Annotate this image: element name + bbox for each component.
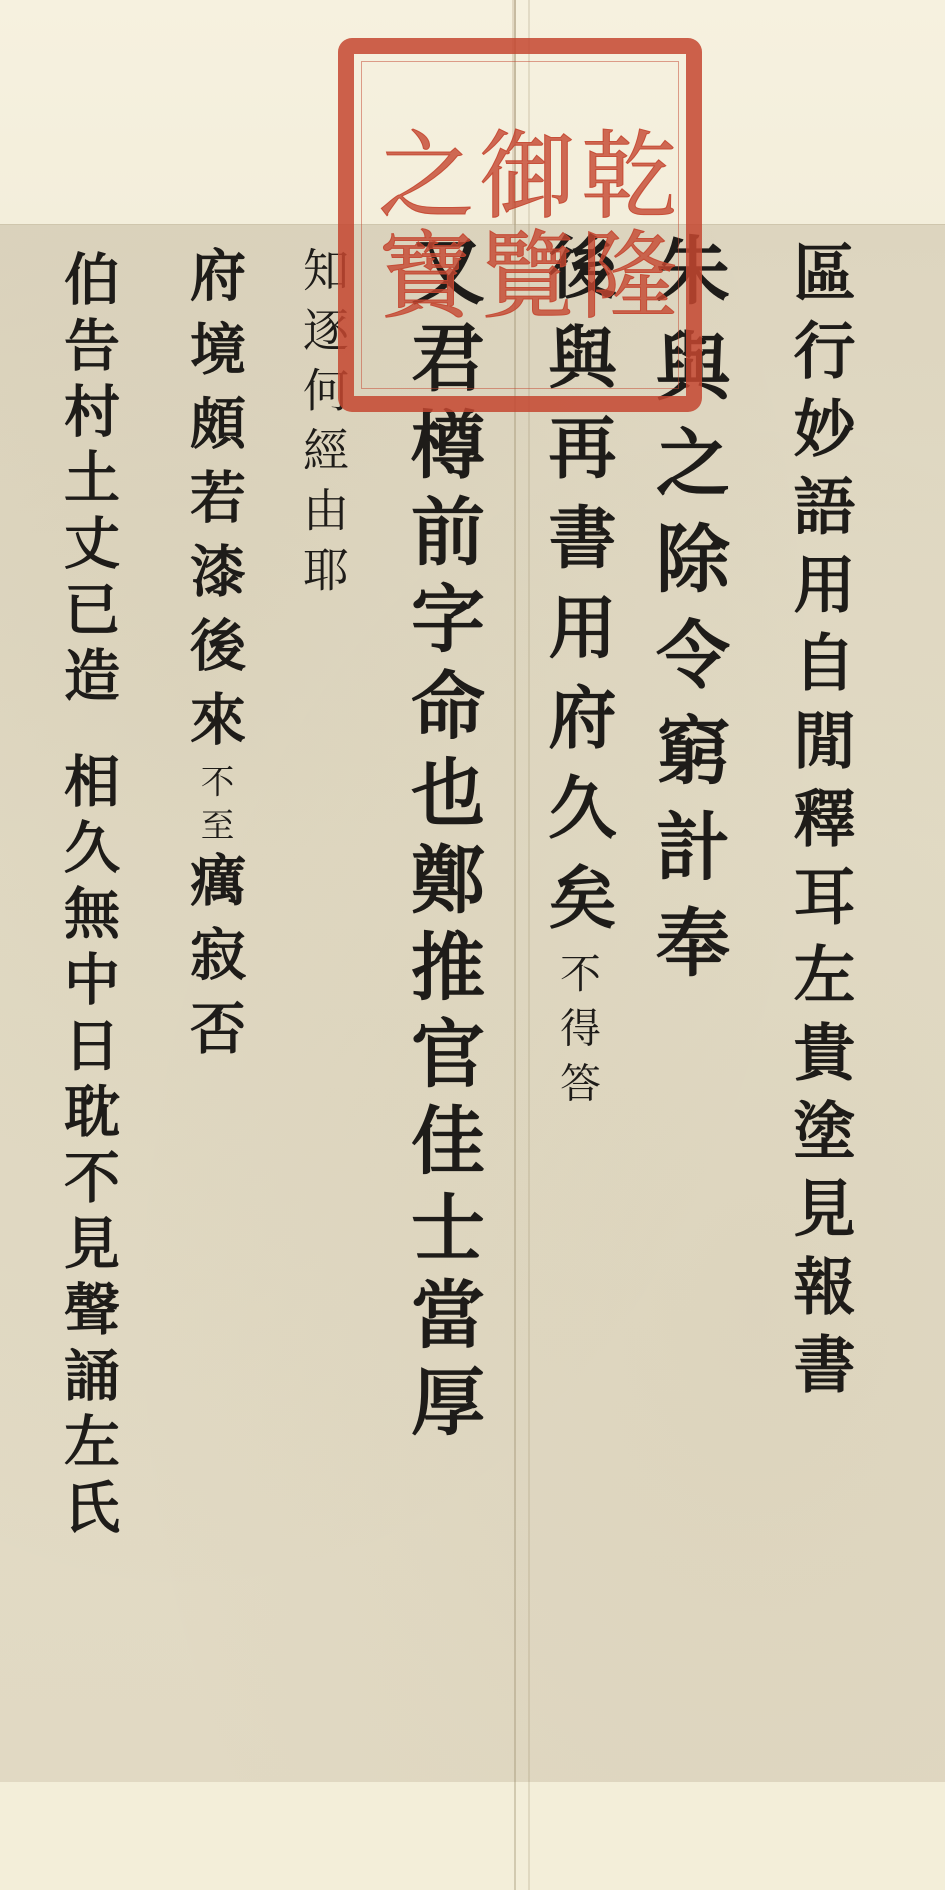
calligraphy-column-4: 又君樽前字命也鄭推官佳士當厚 xyxy=(405,232,479,1450)
lower-mount-paper xyxy=(0,1782,945,1890)
cropped-column-fragment: … xyxy=(930,720,945,1240)
column-3-small-text: 不得答 xyxy=(553,952,601,1116)
column-7-head: 伯告村土丈已造 xyxy=(55,250,121,712)
calligraphy-column-7: 伯告村土丈已造相久無中日耽不見聲誦左氏 xyxy=(60,250,116,1544)
seal-column-3: 之寶 xyxy=(371,125,467,325)
column-6-tail: 癘寂否 xyxy=(181,851,247,1073)
calligraphy-column-6: 府境頗若漆後來不至癘寂否 xyxy=(186,246,242,1073)
column-4-text: 又君樽前字命也鄭推官佳士當厚 xyxy=(399,232,485,1450)
imperial-seal: 乾隆 御覽 之寶 xyxy=(338,38,702,412)
column-6-small-text: 不至 xyxy=(195,764,234,851)
column-1-tail: 閒釋耳左貴塗見報書 xyxy=(783,708,856,1410)
seal-column-1: 乾隆 xyxy=(573,125,669,325)
calligraphy-column-1: 區行妙語用自閒釋耳左貴塗見報書 xyxy=(788,240,850,1410)
column-1-head: 區行妙語用自 xyxy=(783,240,856,708)
seal-column-2: 御覽 xyxy=(472,125,568,325)
column-7-text: 相久無中日耽不見聲誦左氏 xyxy=(55,752,121,1544)
column-6-text: 府境頗若漆後來 xyxy=(181,246,247,764)
